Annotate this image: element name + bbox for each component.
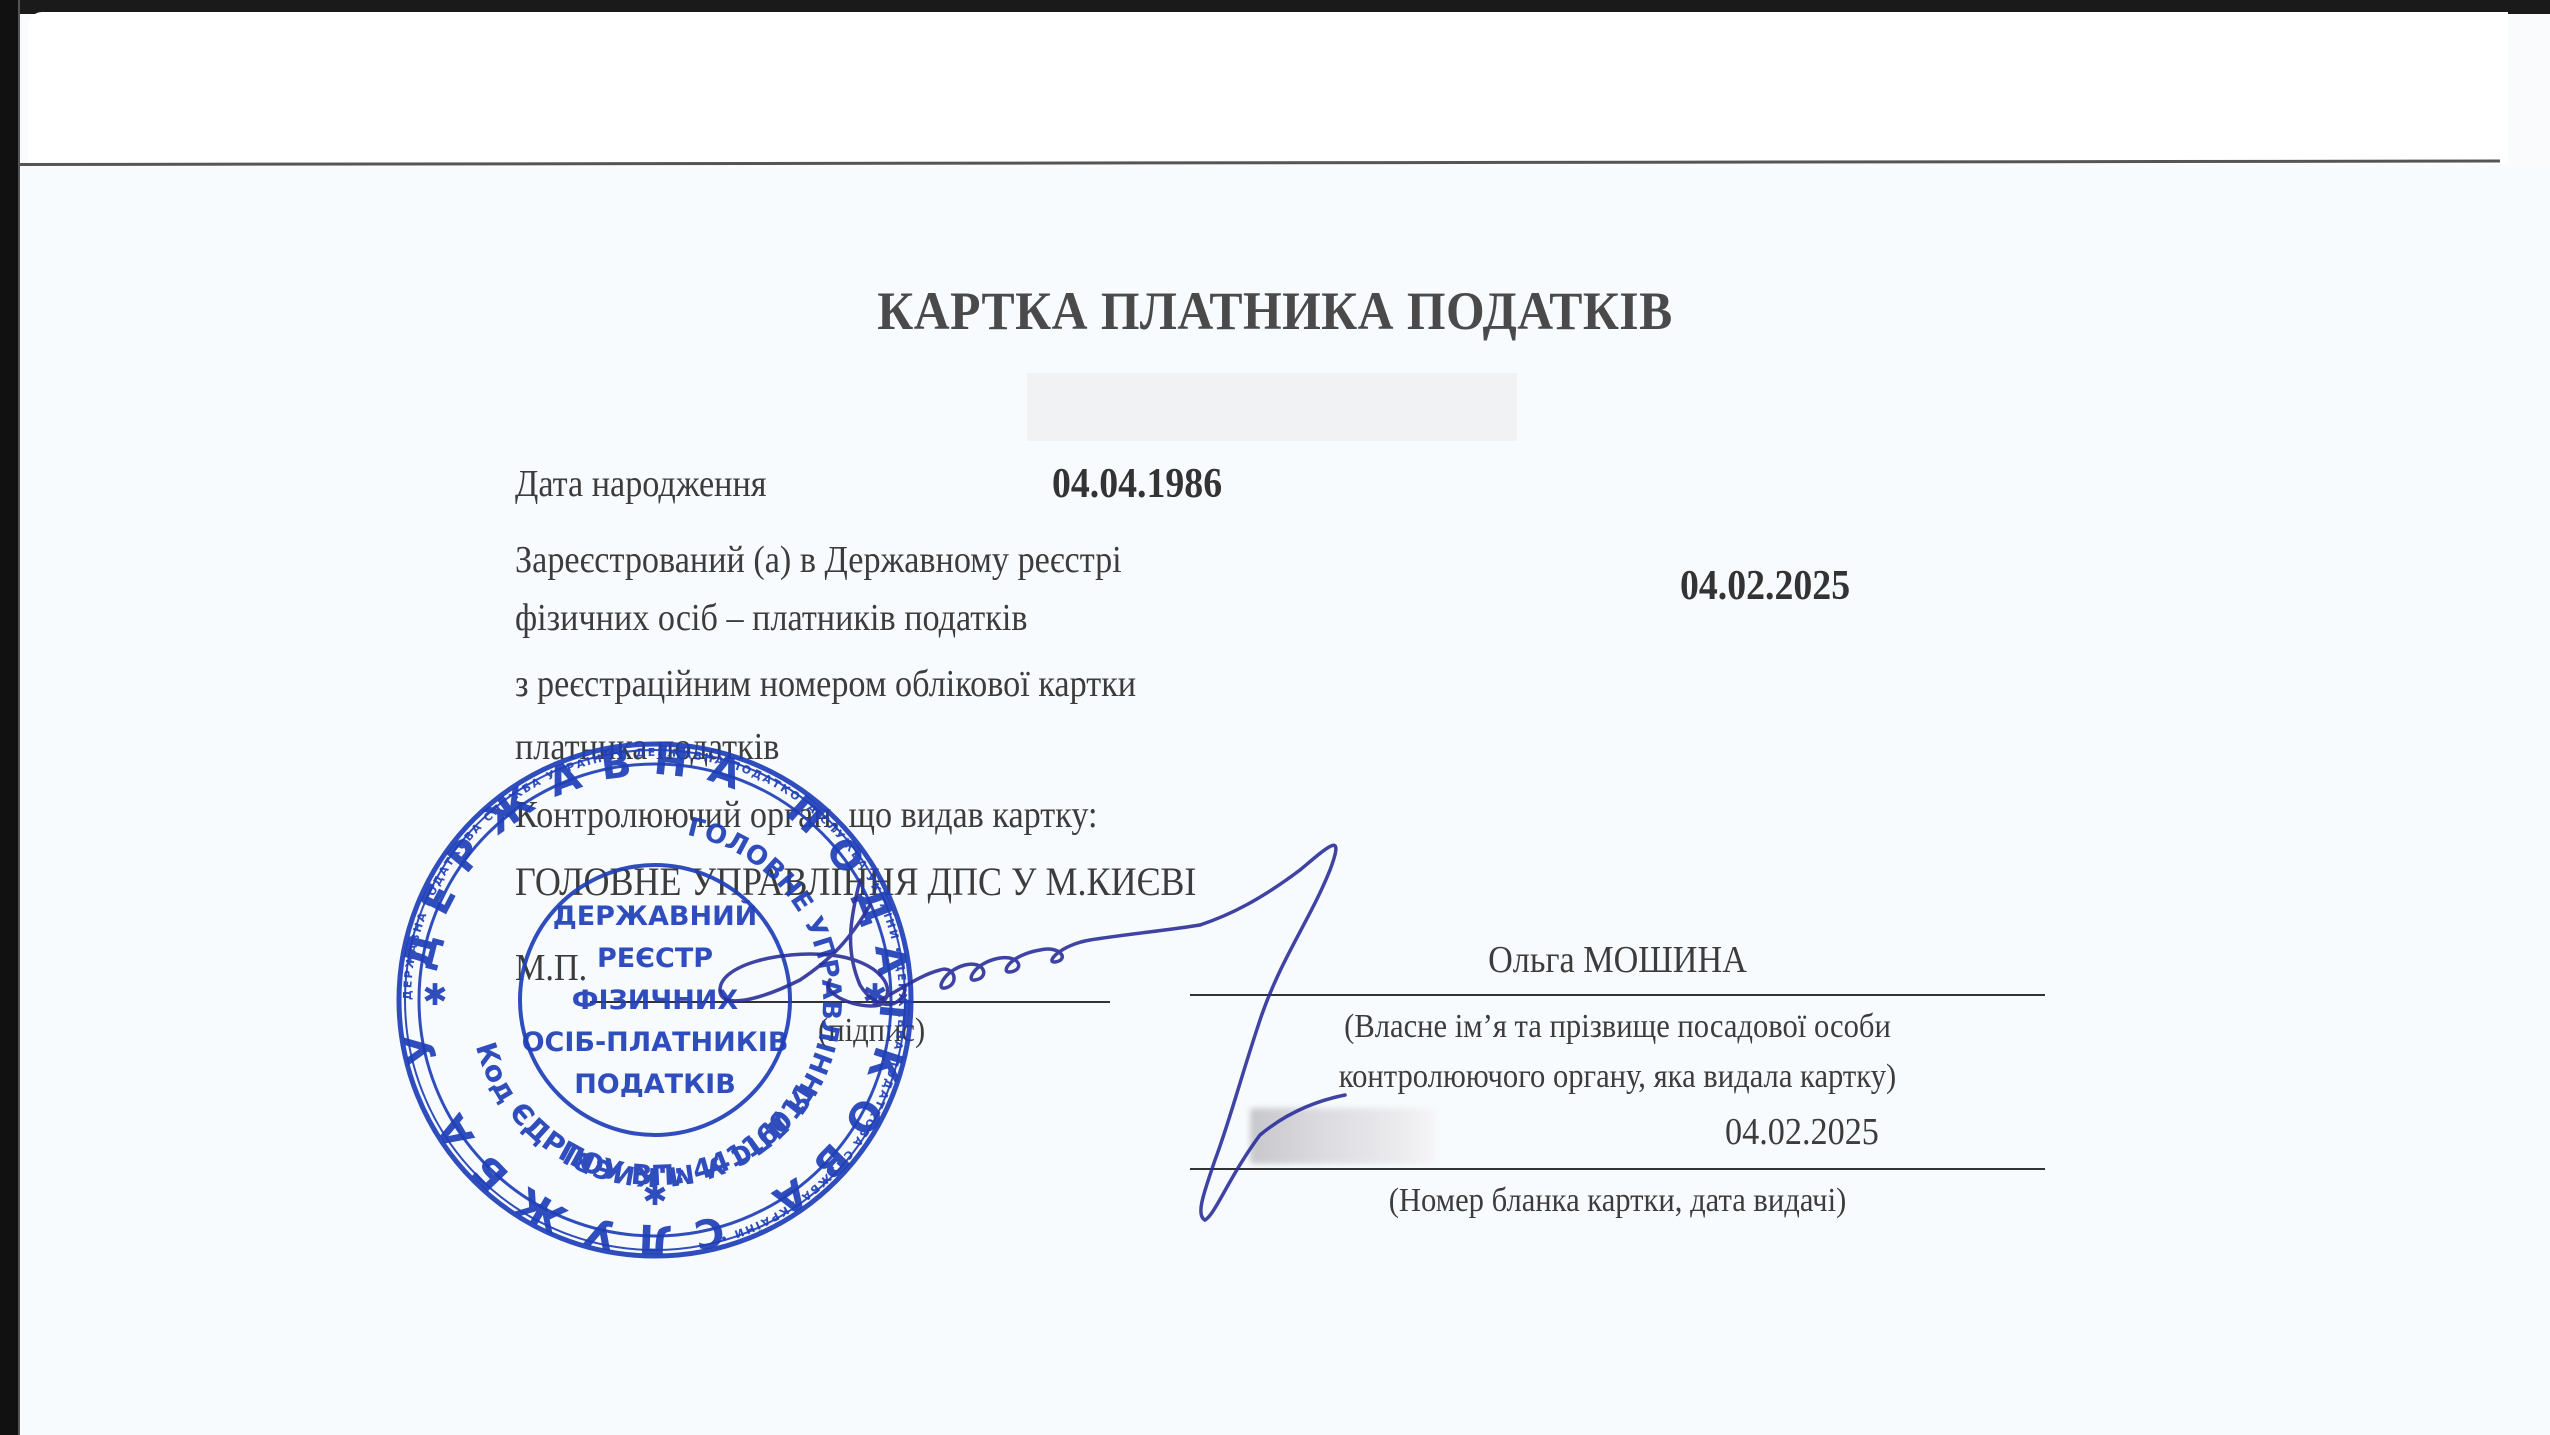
stamp-star-icon: ✱	[642, 1178, 667, 1213]
svg-text:ДЕРЖАВНА ПОДАТКОВА СЛУЖБА УКРА: ДЕРЖАВНА ПОДАТКОВА СЛУЖБА УКРАЇНИ	[0, 0, 917, 1262]
stamp-star-icon: ✱	[422, 978, 447, 1013]
svg-text:ФІЗИЧНИХ: ФІЗИЧНИХ	[572, 985, 739, 1016]
svg-text:РЕЄСТР: РЕЄСТР	[597, 943, 713, 974]
svg-text:ПОДАТКІВ: ПОДАТКІВ	[574, 1069, 736, 1100]
svg-text:ДЕРЖАВНИЙ: ДЕРЖАВНИЙ	[553, 900, 758, 932]
stamp-outer-text: ДЕРЖАВНА ПОДАТКОВА СЛУЖБА УКРАЇНИ	[0, 0, 917, 1262]
svg-text:Код ЄДРПОУ ВП: 44116011: Код ЄДРПОУ ВП: 44116011	[469, 1038, 823, 1192]
stamp-code-text: Код ЄДРПОУ ВП: 44116011	[469, 1038, 823, 1192]
stamp-and-signature: ДЕРЖАВНА ПОДАТКОВА СЛУЖБА УКРАЇНИ • ДЕРЖ…	[0, 0, 2550, 1435]
svg-text:ОСІБ-ПЛАТНИКІВ: ОСІБ-ПЛАТНИКІВ	[522, 1027, 789, 1058]
